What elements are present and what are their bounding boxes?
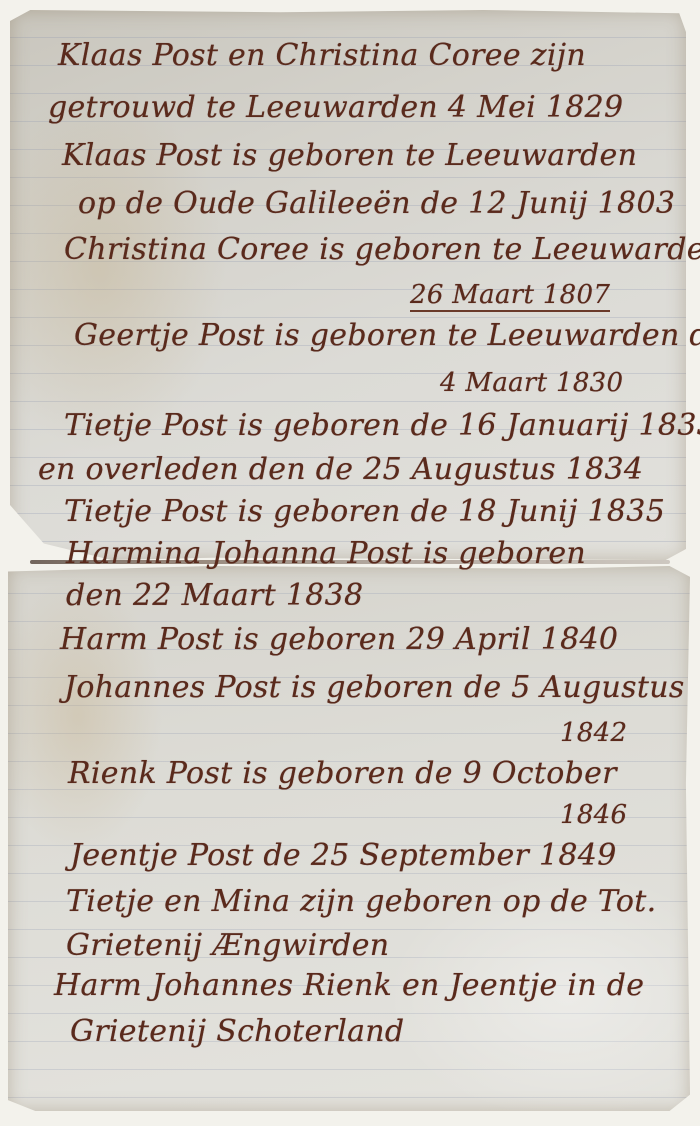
- marriage-line-2: getrouwd te Leeuwarden 4 Mei 1829: [48, 90, 623, 125]
- birthplace-note-line-4: Grietenij Schoterland: [70, 1014, 404, 1049]
- birth-johannes-year: 1842: [560, 718, 627, 748]
- birthplace-note-line-1: Tietje en Mina zijn geboren op de Tot.: [66, 884, 656, 919]
- birth-geertje-date: 4 Maart 1830: [440, 368, 623, 398]
- birth-klaas-line-1: Klaas Post is geboren te Leeuwarden: [62, 138, 637, 173]
- birth-tietje-2-line: Tietje Post is geboren de 18 Junij 1835: [64, 494, 665, 529]
- birth-johannes-line: Johannes Post is geboren de 5 Augustus: [64, 670, 685, 705]
- birth-klaas-line-2: op de Oude Galileeën de 12 Junij 1803: [78, 186, 675, 221]
- birth-christina-line-1: Christina Coree is geboren te Leeuwarden: [64, 232, 700, 267]
- birth-rienk-line: Rienk Post is geboren de 9 October: [68, 756, 617, 791]
- birth-tietje-1-line: Tietje Post is geboren de 16 Januarij 18…: [64, 408, 700, 443]
- birth-jeentje-line: Jeentje Post de 25 September 1849: [70, 838, 617, 873]
- birth-harmina-line-1: Harmina Johanna Post is geboren: [66, 536, 586, 571]
- document-scan: Klaas Post en Christina Coree zijn getro…: [0, 0, 700, 1126]
- birth-christina-date: 26 Maart 1807: [410, 280, 610, 312]
- birthplace-note-line-3: Harm Johannes Rienk en Jeentje in de: [54, 968, 644, 1003]
- birthplace-note-line-2: Grietenij Ængwirden: [66, 928, 389, 963]
- birth-harm-line: Harm Post is geboren 29 April 1840: [60, 622, 618, 657]
- marriage-line-1: Klaas Post en Christina Coree zijn: [58, 38, 586, 73]
- death-tietje-1-line: en overleden den de 25 Augustus 1834: [38, 452, 643, 487]
- birth-geertje-line-1: Geertje Post is geboren te Leeuwarden de: [74, 318, 700, 353]
- birth-rienk-year: 1846: [560, 800, 627, 830]
- birth-harmina-date: den 22 Maart 1838: [66, 578, 363, 613]
